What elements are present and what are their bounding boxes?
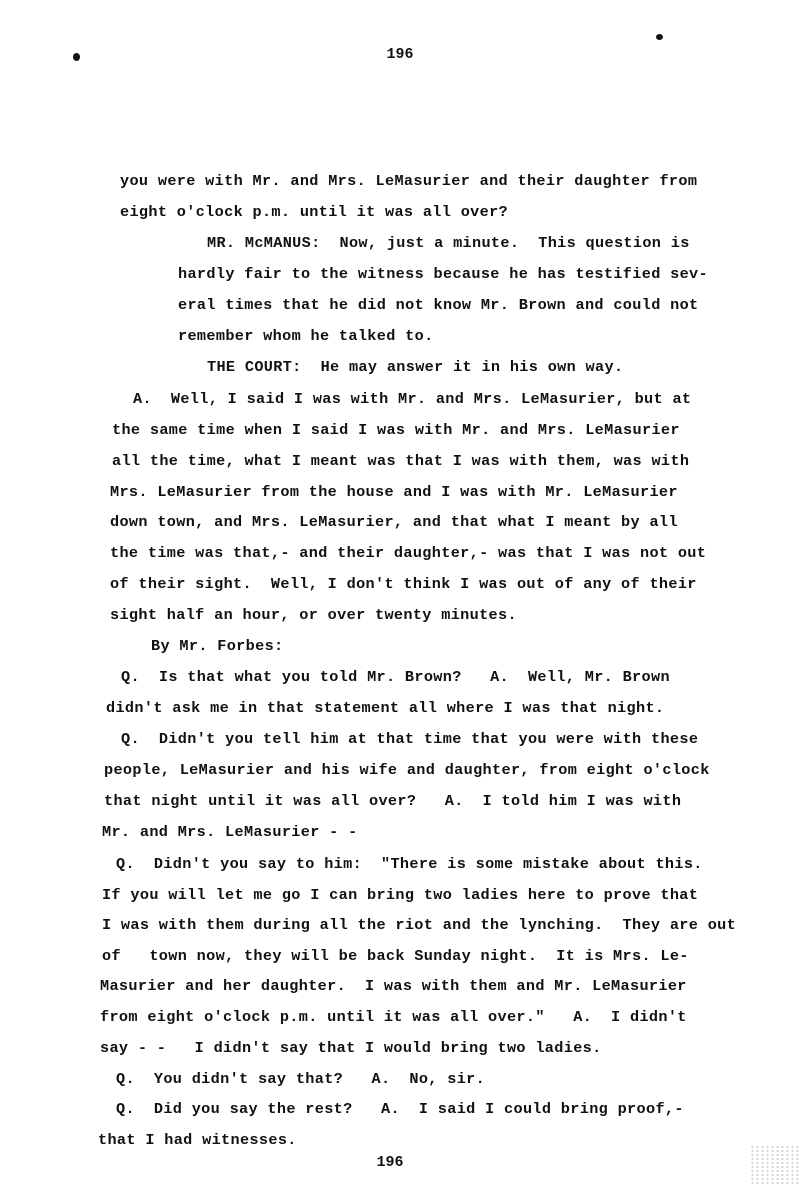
text-line: sight half an hour, or over twenty minut… [110,606,517,624]
text-line: from eight o'clock p.m. until it was all… [100,1008,687,1026]
text-line: of their sight. Well, I don't think I wa… [110,575,697,593]
page-number-bottom: 196 [0,1154,790,1171]
text-line: Masurier and her daughter. I was with th… [100,977,687,995]
text-line: the same time when I said I was with Mr.… [112,421,680,439]
text-line: of town now, they will be back Sunday ni… [102,947,689,965]
text-line: If you will let me go I can bring two la… [102,886,698,904]
speaker-line: MR. McMANUS: Now, just a minute. This qu… [207,234,690,252]
text-line: that I had witnesses. [98,1131,297,1149]
speaker-line: THE COURT: He may answer it in his own w… [207,358,623,376]
question-line: Q. Did you say the rest? A. I said I cou… [116,1100,684,1118]
text-line: Mrs. LeMasurier from the house and I was… [110,483,678,501]
text-line: I was with them during all the riot and … [102,916,736,934]
text-line: all the time, what I meant was that I wa… [112,452,689,470]
text-line: down town, and Mrs. LeMasurier, and that… [110,513,678,531]
scan-noise [750,1145,800,1185]
page-number-top: 196 [0,46,800,63]
question-line: Q. Is that what you told Mr. Brown? A. W… [121,668,670,686]
text-line: people, LeMasurier and his wife and daug… [104,761,710,779]
text-line: didn't ask me in that statement all wher… [106,699,664,717]
answer-line: A. Well, I said I was with Mr. and Mrs. … [133,390,691,408]
text-line: Mr. and Mrs. LeMasurier - - [102,823,358,841]
text-line: eral times that he did not know Mr. Brow… [178,296,699,314]
examiner-line: By Mr. Forbes: [151,637,284,655]
text-line: the time was that,- and their daughter,-… [110,544,706,562]
text-line: say - - I didn't say that I would bring … [100,1039,602,1057]
transcript-page: 196 you were with Mr. and Mrs. LeMasurie… [0,0,800,1185]
text-line: you were with Mr. and Mrs. LeMasurier an… [120,172,697,190]
text-line: eight o'clock p.m. until it was all over… [120,203,508,221]
question-line: Q. Didn't you tell him at that time that… [121,730,698,748]
text-line: hardly fair to the witness because he ha… [178,265,708,283]
text-line: remember whom he talked to. [178,327,434,345]
ink-speck [656,34,663,40]
question-line: Q. You didn't say that? A. No, sir. [116,1070,485,1088]
text-line: that night until it was all over? A. I t… [104,792,681,810]
question-line: Q. Didn't you say to him: "There is some… [116,855,703,873]
